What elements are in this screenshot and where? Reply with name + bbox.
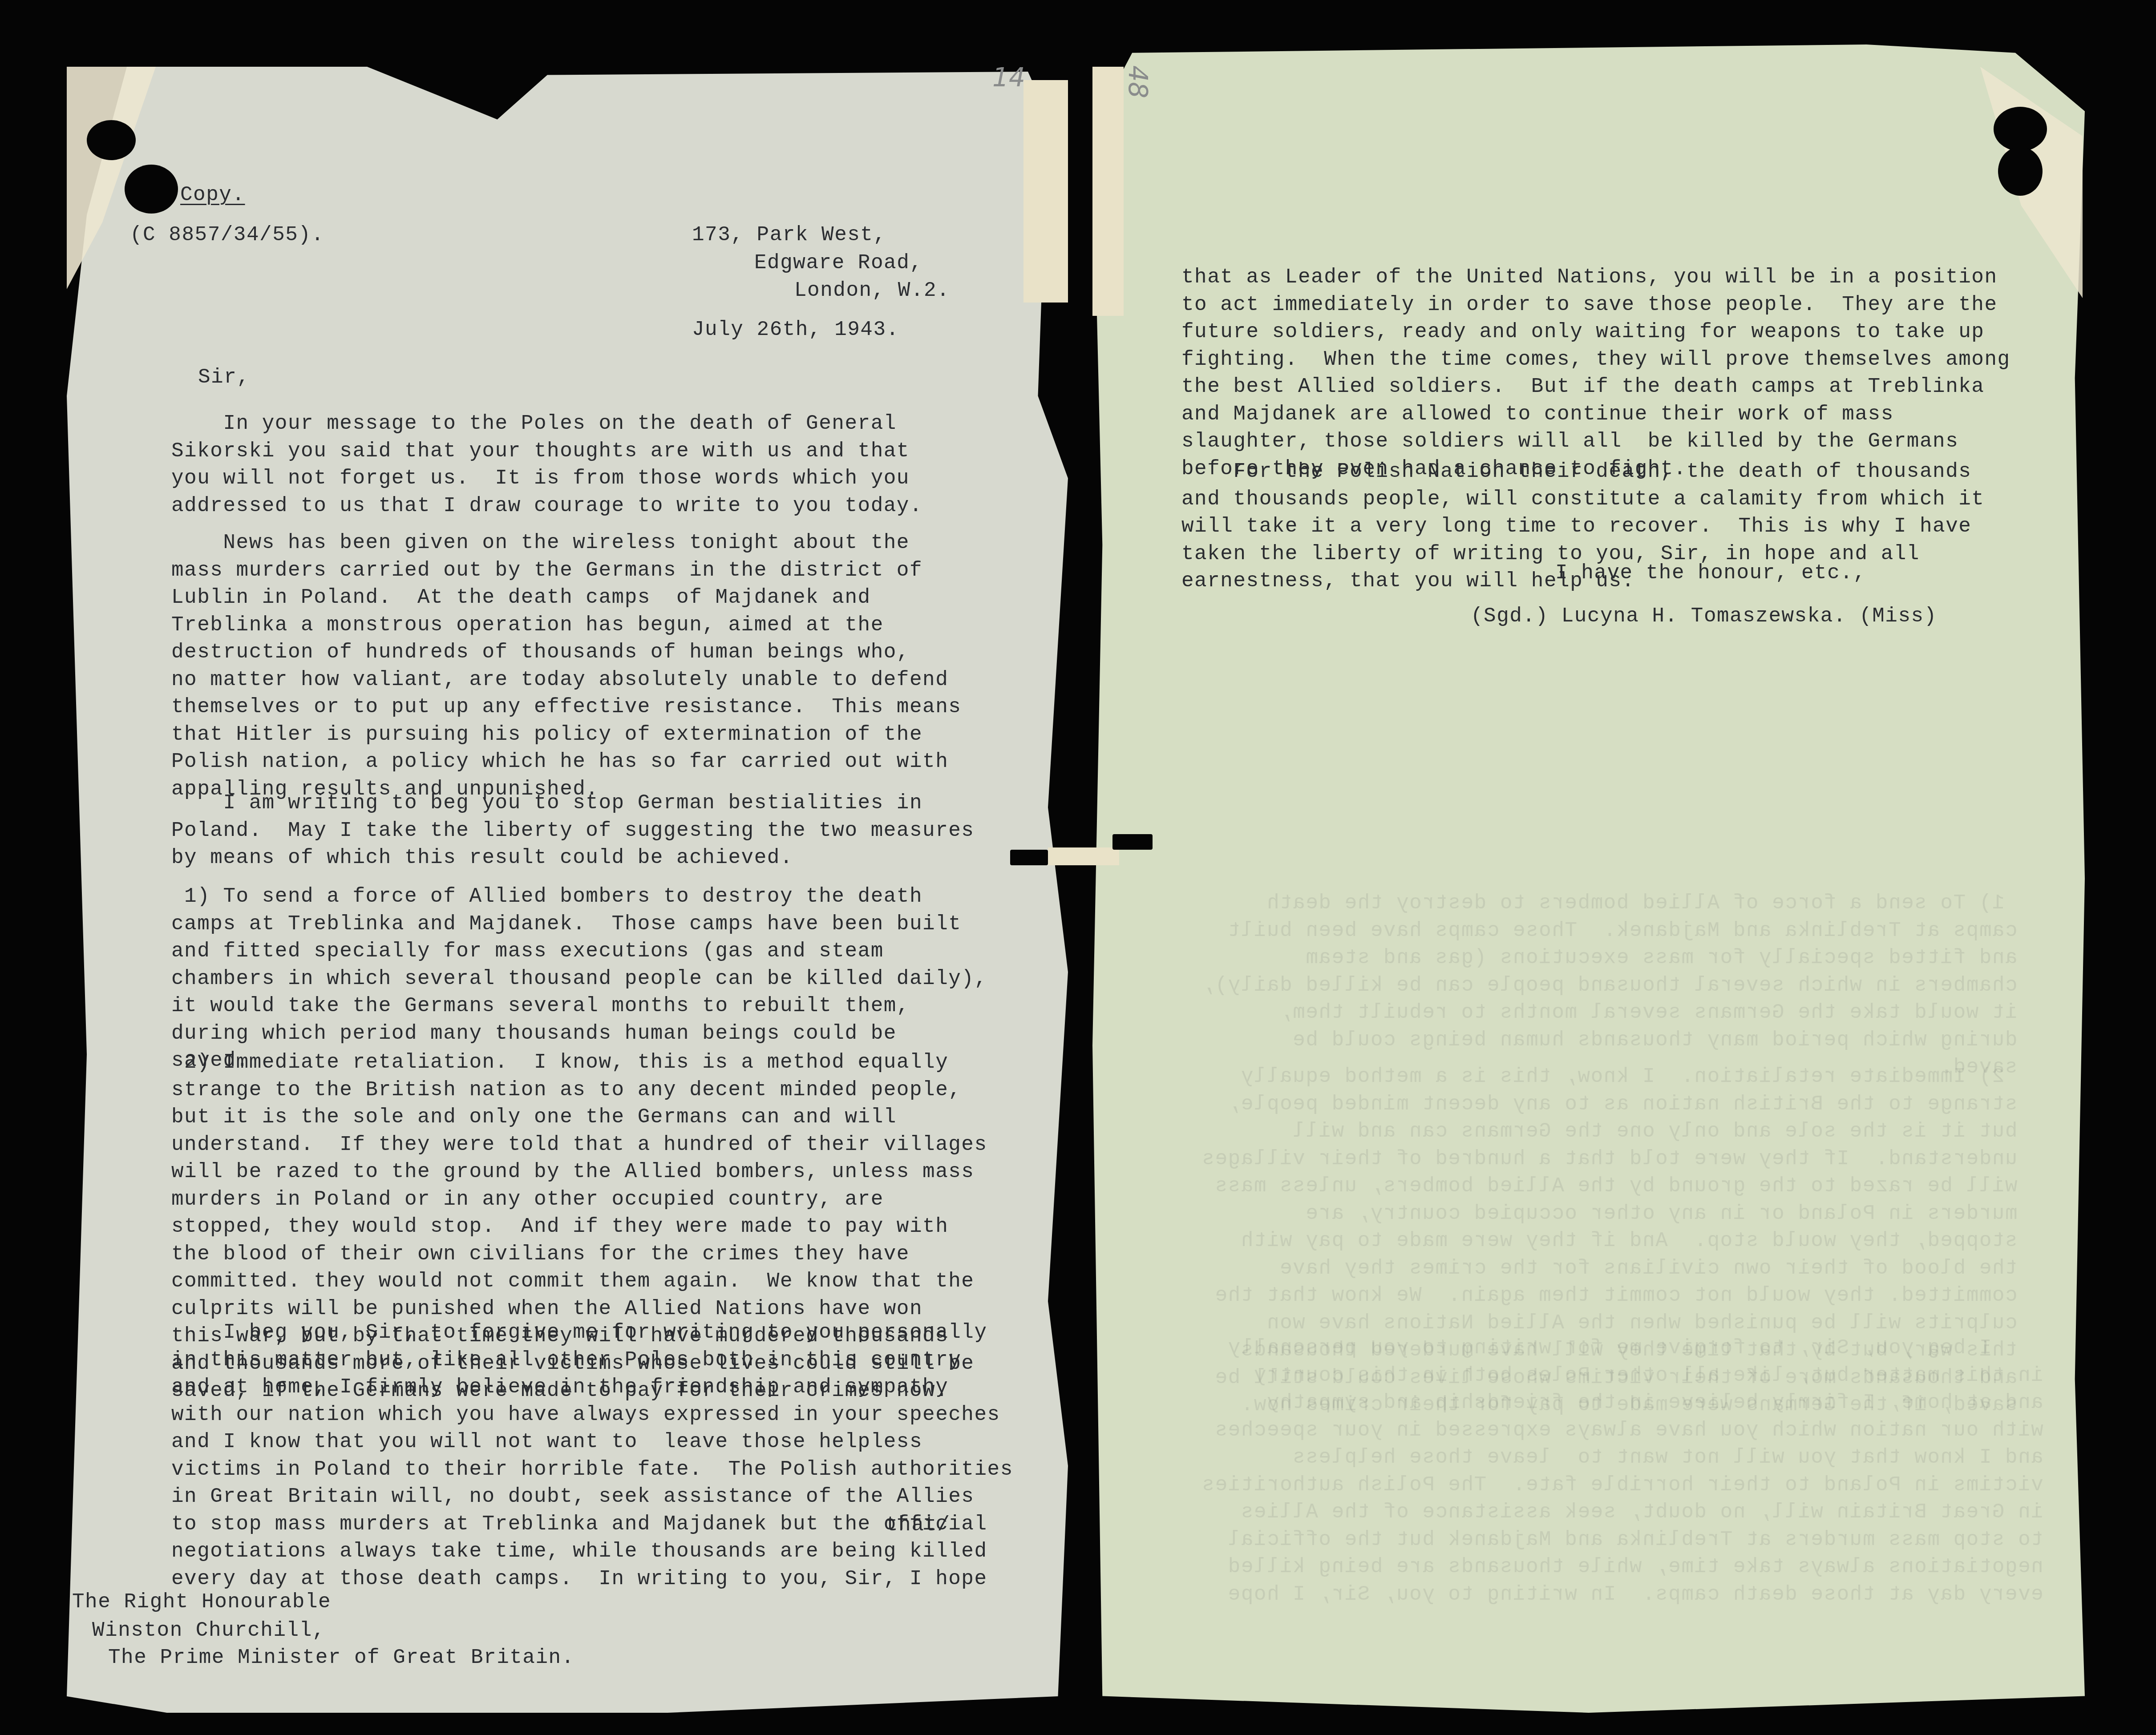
salutation: Sir, bbox=[198, 367, 250, 387]
pencil-folio-number: 48 bbox=[1123, 65, 1153, 98]
repair-tape bbox=[1023, 80, 1068, 303]
tear-hole bbox=[1112, 834, 1153, 850]
measure-1: 1) To send a force of Allied bombers to … bbox=[171, 883, 987, 1075]
paragraph-continued: that as Leader of the United Nations, yo… bbox=[1181, 264, 2010, 483]
paragraph-3: I am writing to beg you to stop German b… bbox=[171, 790, 974, 872]
punch-hole bbox=[1994, 107, 2047, 151]
addressee-line: The Prime Minister of Great Britain. bbox=[108, 1647, 574, 1668]
reference-number: (C 8857/34/55). bbox=[130, 225, 324, 245]
paragraph-1: In your message to the Poles on the deat… bbox=[171, 410, 922, 520]
paragraph-2: News has been given on the wireless toni… bbox=[171, 529, 961, 803]
copy-label: Copy. bbox=[180, 185, 245, 205]
paragraph-6: I beg you, Sir, to forgive me for writin… bbox=[171, 1319, 1013, 1593]
punch-hole bbox=[87, 120, 136, 160]
punch-hole bbox=[125, 165, 178, 214]
address-line: 173, Park West, bbox=[692, 225, 886, 245]
repair-tape bbox=[1048, 847, 1119, 865]
continuation-mark: that/ bbox=[886, 1515, 951, 1535]
pencil-folio-number: 14 bbox=[992, 62, 1025, 93]
signature: (Sgd.) Lucyna H. Tomaszewska. (Miss) bbox=[1471, 606, 1937, 626]
closing: I have the honour, etc., bbox=[1555, 563, 1866, 583]
letter-date: July 26th, 1943. bbox=[692, 319, 899, 340]
addressee-line: Winston Churchill, bbox=[92, 1620, 325, 1641]
address-line: London, W.2. bbox=[794, 280, 950, 301]
show-through-text: 1) To send a force of Allied bombers to … bbox=[1201, 890, 2018, 1081]
tear-hole bbox=[1010, 850, 1048, 865]
addressee-line: The Right Honourable bbox=[72, 1592, 331, 1612]
address-line: Edgware Road, bbox=[754, 253, 922, 273]
punch-hole bbox=[1998, 147, 2043, 196]
show-through-text: I beg you, Sir, to forgive me for writin… bbox=[1201, 1335, 2043, 1608]
repair-tape bbox=[1092, 67, 1124, 316]
